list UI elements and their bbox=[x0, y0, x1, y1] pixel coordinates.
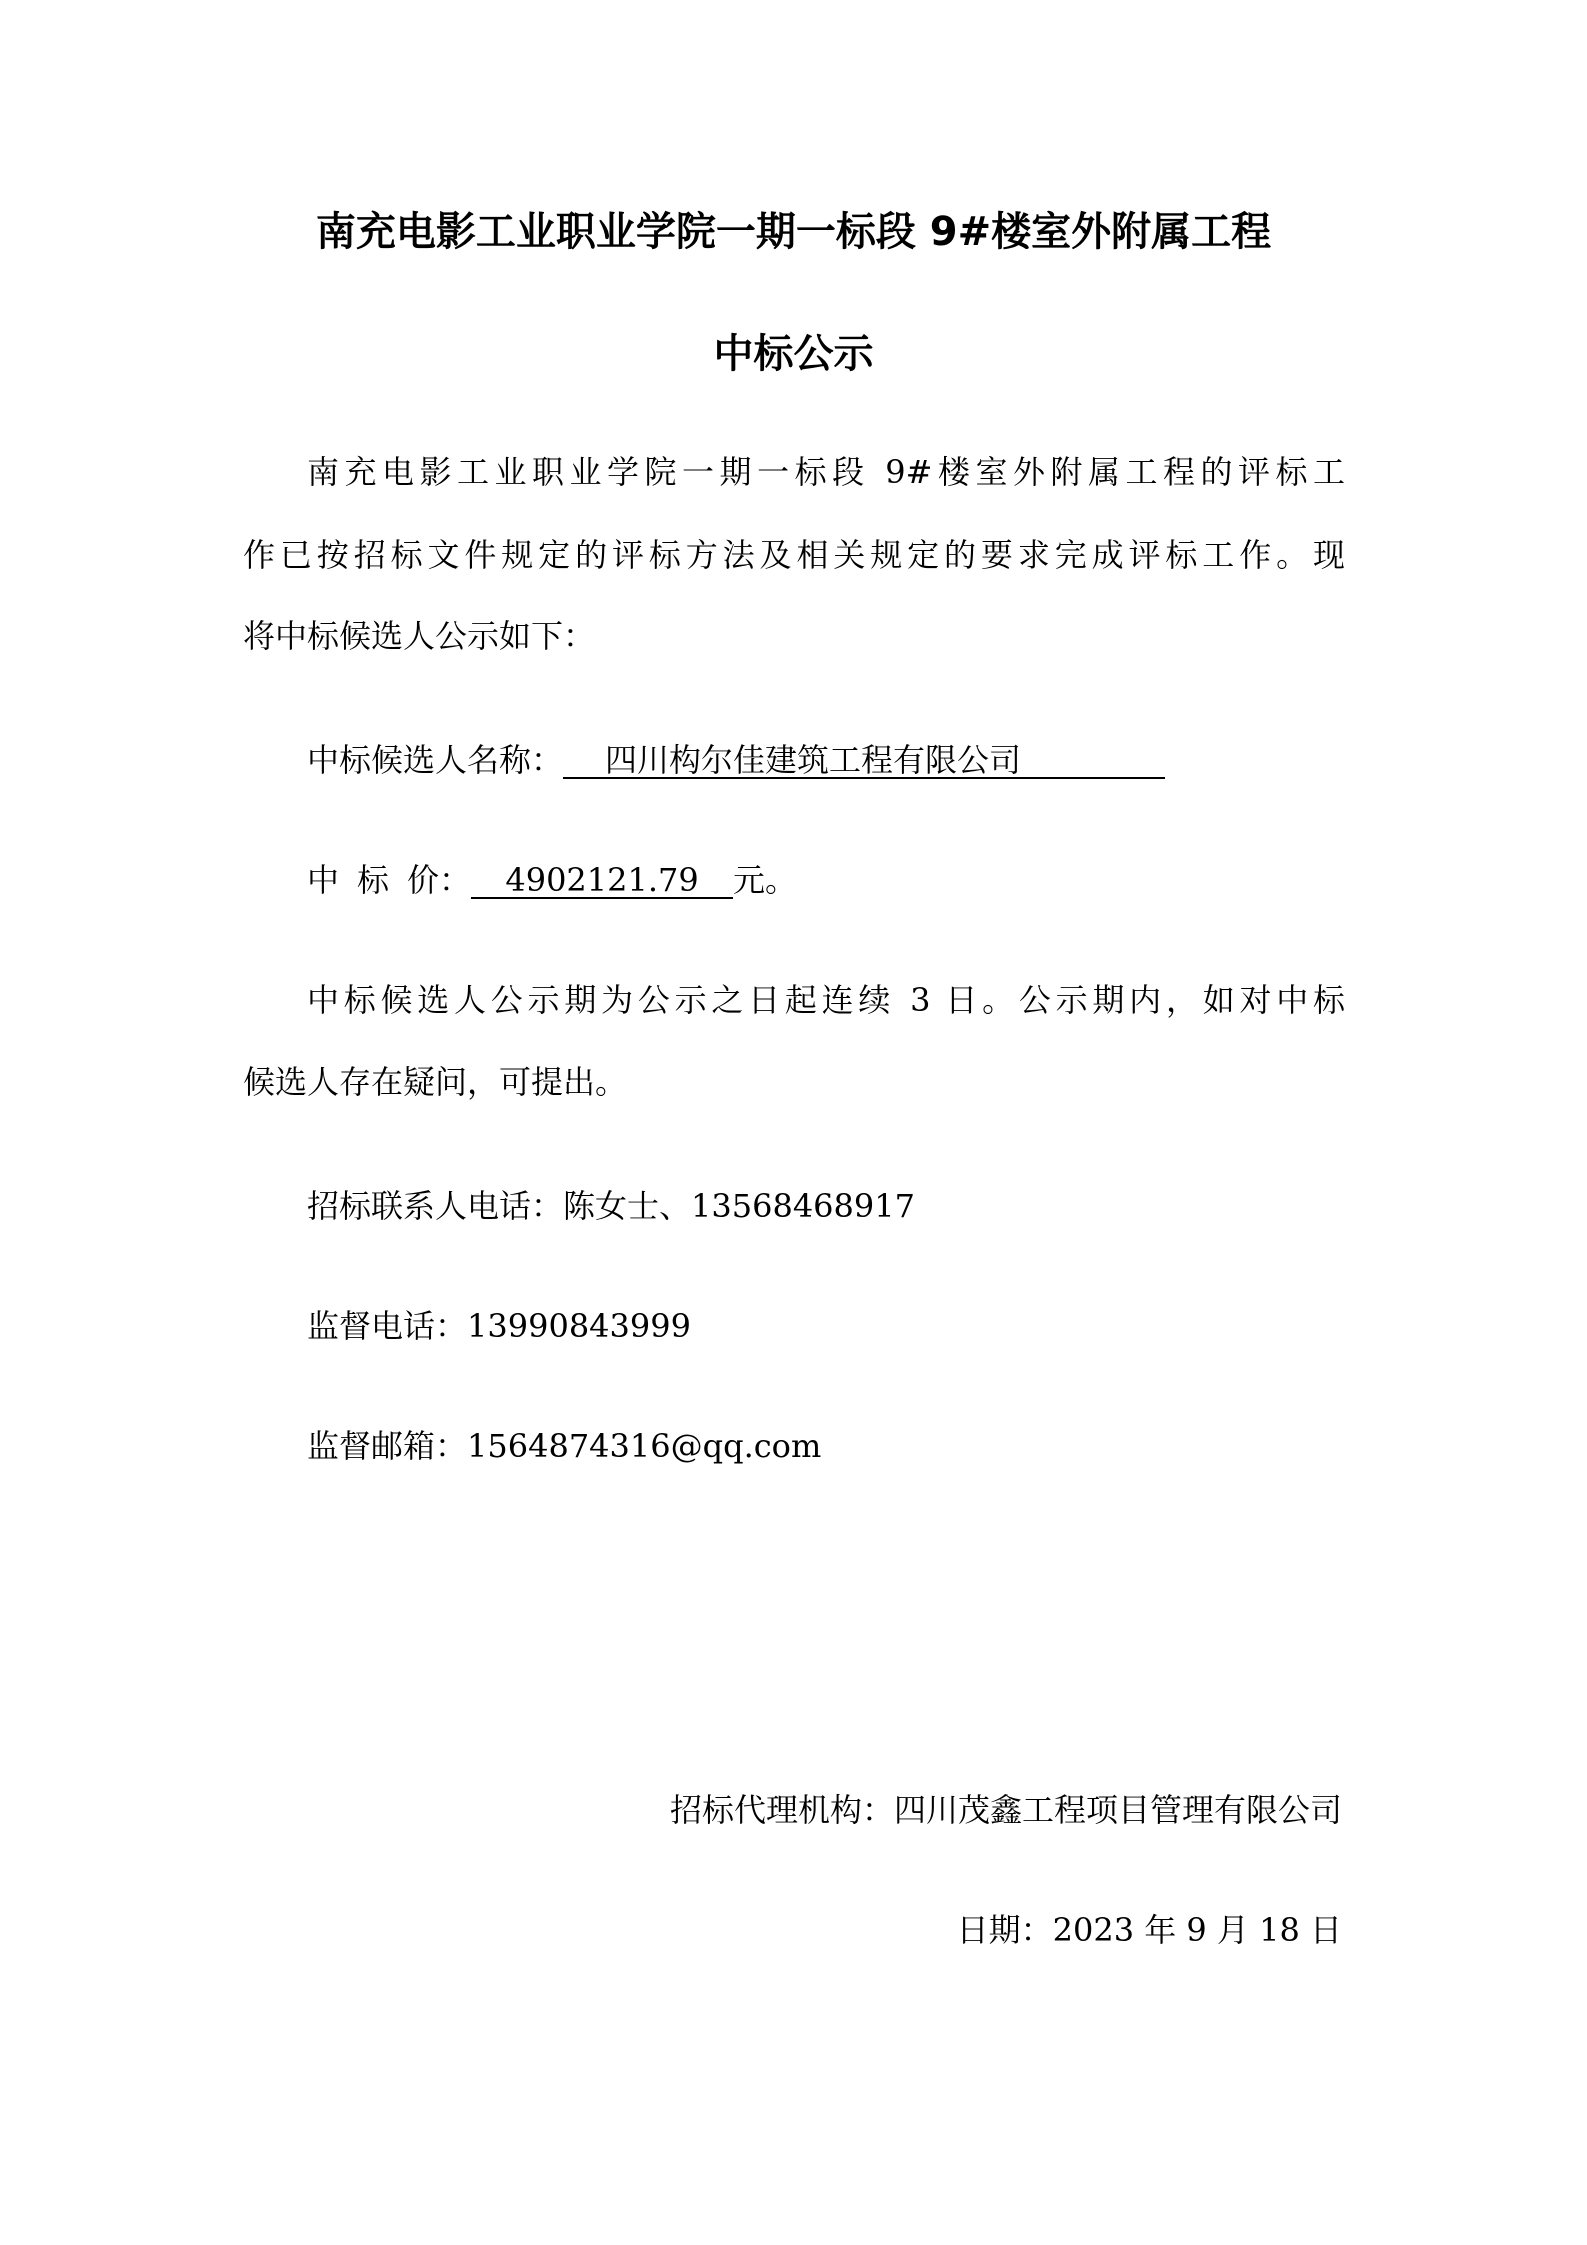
date-value: 2023 年 9 月 18 日 bbox=[1053, 1911, 1342, 1949]
intro-line-3: 将中标候选人公示如下： bbox=[243, 616, 595, 656]
notice-line-2: 候选人存在疑问，可提出。 bbox=[243, 1062, 627, 1102]
price-value: 4902121.79 bbox=[471, 863, 733, 899]
price-label-char-1: 中 bbox=[307, 861, 339, 899]
candidate-name-field: 四川构尔佳建筑工程有限公司 bbox=[563, 743, 1165, 779]
intro-line-1: 南充电影工业职业学院一期一标段 9#楼室外附属工程的评标工 bbox=[307, 452, 1345, 492]
price-row: 中标价：4902121.79元。 bbox=[307, 860, 797, 900]
contact-row: 招标联系人电话：陈女士、13568468917 bbox=[307, 1186, 915, 1226]
date-row: 日期：2023 年 9 月 18 日 bbox=[957, 1910, 1342, 1950]
document-page: 南充电影工业职业学院一期一标段 9#楼室外附属工程 中标公示 南充电影工业职业学… bbox=[0, 0, 1587, 2245]
supervision-email-label: 监督邮箱： bbox=[307, 1427, 467, 1465]
candidate-row: 中标候选人名称：四川构尔佳建筑工程有限公司 bbox=[307, 740, 1165, 780]
agency-value: 四川茂鑫工程项目管理有限公司 bbox=[894, 1791, 1342, 1829]
candidate-name: 四川构尔佳建筑工程有限公司 bbox=[605, 741, 1021, 779]
document-title: 南充电影工业职业学院一期一标段 9#楼室外附属工程 bbox=[0, 208, 1587, 256]
contact-value: 陈女士、13568468917 bbox=[563, 1187, 915, 1225]
supervision-email-value: 1564874316@qq.com bbox=[467, 1427, 821, 1465]
supervision-email-row: 监督邮箱：1564874316@qq.com bbox=[307, 1426, 821, 1466]
price-label-char-3: 价： bbox=[407, 861, 471, 899]
agency-label: 招标代理机构： bbox=[670, 1791, 894, 1829]
contact-label: 招标联系人电话： bbox=[307, 1187, 563, 1225]
date-label: 日期： bbox=[957, 1911, 1053, 1949]
candidate-label: 中标候选人名称： bbox=[307, 741, 563, 779]
price-label-char-2: 标 bbox=[357, 861, 389, 899]
agency-row: 招标代理机构：四川茂鑫工程项目管理有限公司 bbox=[670, 1790, 1342, 1830]
supervision-phone-value: 13990843999 bbox=[467, 1307, 691, 1345]
price-unit: 元。 bbox=[733, 861, 797, 899]
intro-line-2: 作已按招标文件规定的评标方法及相关规定的要求完成评标工作。现 bbox=[243, 535, 1345, 575]
notice-line-1: 中标候选人公示期为公示之日起连续 3 日。公示期内，如对中标 bbox=[307, 980, 1345, 1020]
supervision-phone-row: 监督电话：13990843999 bbox=[307, 1306, 691, 1346]
supervision-phone-label: 监督电话： bbox=[307, 1307, 467, 1345]
document-subtitle: 中标公示 bbox=[0, 330, 1587, 378]
